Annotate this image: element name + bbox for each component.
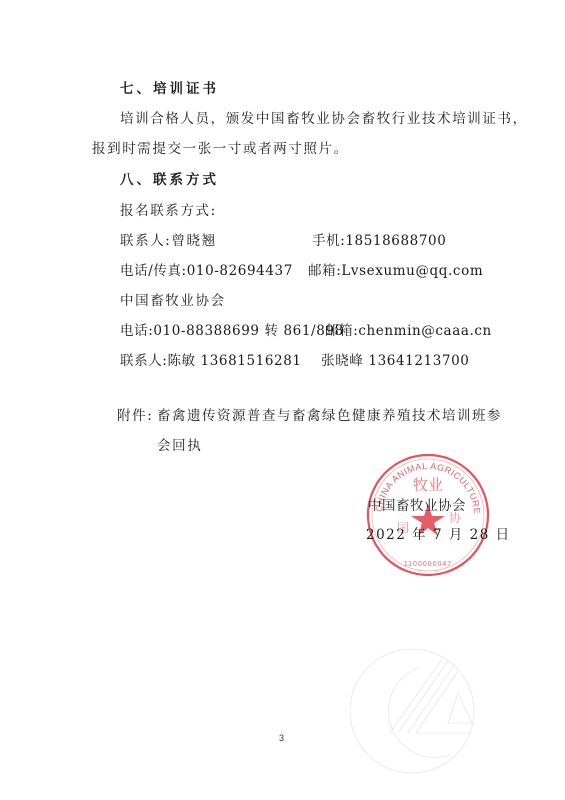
org-contacts: 联系人:陈敏 13681516281 张晓峰 13641213700: [120, 352, 469, 370]
svg-text:1100000047: 1100000047: [404, 561, 452, 568]
section-7-heading: 七、培训证书: [120, 80, 219, 98]
section-8-heading: 八、联系方式: [120, 171, 219, 189]
contact-person: 联系人:曾晓翘: [120, 232, 217, 250]
attachment-title-line-1: 畜禽遗传资源普查与畜禽绿色健康养殖技术培训班参: [157, 407, 502, 425]
contact-mobile: 手机:18518688700: [312, 232, 446, 250]
attachment-title-line-2: 会回执: [157, 437, 202, 455]
contact-phone-fax: 电话/传真:010-82694437: [120, 262, 293, 280]
signature-date: 2022 年 7 月 28 日: [366, 526, 511, 544]
signature-organization: 中国畜牧业协会: [368, 497, 466, 515]
page-number: 3: [279, 733, 284, 743]
section-7-paragraph-line-1: 培训合格人员，颁发中国畜牧业协会畜牧行业技术培训证书，: [120, 110, 528, 128]
svg-text:牧业: 牧业: [413, 476, 443, 494]
watermark-logo-icon: [350, 645, 482, 777]
org-name: 中国畜牧业协会: [120, 292, 226, 310]
org-phone: 电话:010-88388699 转 861/898: [120, 322, 344, 340]
org-email: 邮箱:chenmin@caaa.cn: [325, 322, 492, 340]
section-7-paragraph-line-2: 报到时需提交一张一寸或者两寸照片。: [92, 140, 349, 158]
document-page: 七、培训证书 培训合格人员，颁发中国畜牧业协会畜牧行业技术培训证书， 报到时需提…: [0, 0, 565, 800]
attachment-label: 附件:: [117, 407, 153, 425]
official-seal-stamp-icon: CHINA ANIMAL AGRICULTURE ASSOCIATION 牧业 …: [365, 452, 491, 578]
registration-label: 报名联系方式:: [120, 202, 217, 220]
contact-email: 邮箱:Lvsexumu@qq.com: [308, 262, 483, 280]
